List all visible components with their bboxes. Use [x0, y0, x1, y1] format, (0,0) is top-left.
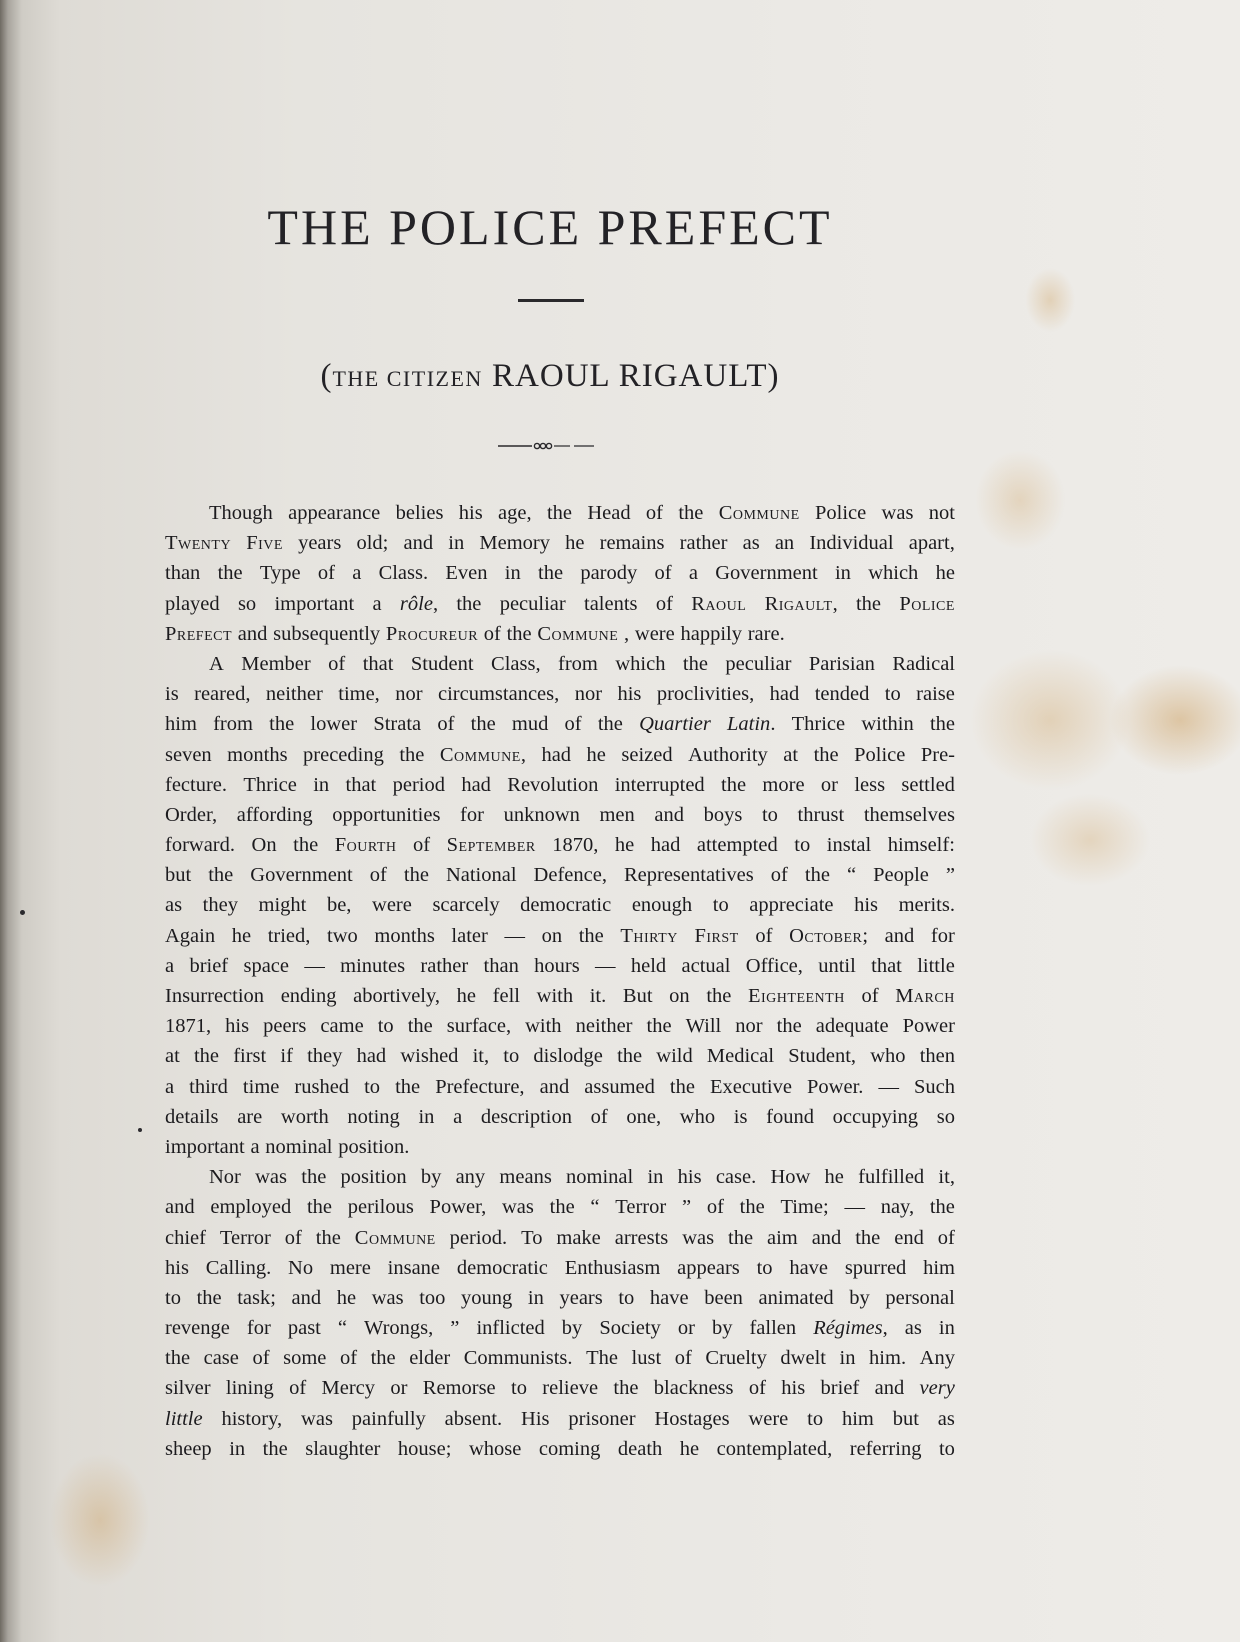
text-line: abriefspace—minutesratherthanhours—helda…: [165, 951, 955, 981]
word: nor: [735, 1011, 762, 1041]
word: Calling.: [206, 1253, 271, 1283]
word: on: [669, 981, 690, 1011]
word: to: [807, 1404, 823, 1434]
word: a: [165, 1072, 174, 1102]
word: in: [835, 558, 851, 588]
word: surface,: [447, 1011, 511, 1041]
word: Commune: [719, 498, 800, 528]
word: Individual: [809, 528, 893, 558]
word: opportunities: [332, 800, 440, 830]
word: First: [694, 921, 738, 951]
word: “: [590, 1192, 599, 1222]
word: —: [304, 951, 325, 981]
word: Eighteenth: [748, 981, 845, 1011]
word: proclivities,: [657, 679, 754, 709]
word: To: [521, 1223, 542, 1253]
chapter-title: THE POLICE PREFECT: [0, 198, 1100, 256]
word: ending: [281, 981, 337, 1011]
word: Though: [209, 498, 273, 528]
word: is: [734, 1102, 748, 1132]
word: Power.: [807, 1072, 863, 1102]
word: Enthusiasm: [565, 1253, 661, 1283]
word: Prefect: [165, 619, 232, 649]
word: “: [847, 860, 856, 890]
word: very: [920, 1373, 955, 1403]
word: he: [337, 1283, 356, 1313]
word: in: [505, 558, 521, 588]
word: to: [885, 679, 901, 709]
word: of: [938, 1223, 955, 1253]
word: might: [259, 890, 307, 920]
word: and: [812, 1223, 842, 1253]
word: be,: [327, 890, 351, 920]
word: September: [447, 830, 536, 860]
text-line: playedsoimportantarôle,thepeculiartalent…: [165, 589, 955, 619]
word: rôle,: [400, 589, 438, 619]
word: subsequently: [273, 619, 380, 649]
word: rare.: [748, 619, 785, 649]
word: time,: [338, 679, 380, 709]
word: so: [238, 589, 256, 619]
word: had: [770, 679, 800, 709]
word: one,: [626, 1102, 661, 1132]
word: in: [448, 528, 464, 558]
text-line: sheepintheslaughterhouse;whosecomingdeat…: [165, 1434, 955, 1464]
text-line: AMemberofthatStudentClass,fromwhichthepe…: [165, 649, 955, 679]
word: Insurrection: [165, 981, 264, 1011]
word: talents: [584, 589, 638, 619]
word: at: [783, 740, 798, 770]
word: then: [920, 1041, 955, 1071]
word: of: [318, 558, 335, 588]
margin-mark: [138, 1128, 142, 1132]
word: the: [408, 1011, 433, 1041]
word: third: [189, 1072, 228, 1102]
word: nay,: [881, 1192, 914, 1222]
word: Rigault,: [765, 589, 838, 619]
word: arrests: [615, 1223, 669, 1253]
word: he: [615, 830, 634, 860]
text-line: isreared,neithertime,norcircumstances,no…: [165, 679, 955, 709]
text-line: atthefirstiftheyhadwishedit,todislodgeth…: [165, 1041, 955, 1071]
word: a: [165, 951, 174, 981]
word: been: [704, 1283, 743, 1313]
word: lining: [226, 1373, 274, 1403]
word: the: [647, 1011, 672, 1041]
text-line: thantheTypeofaClass.EvenintheparodyofaGo…: [165, 558, 955, 588]
word: age,: [498, 498, 532, 528]
word: that: [363, 649, 394, 679]
word: was: [682, 1223, 714, 1253]
word: Government: [250, 860, 352, 890]
word: a: [352, 558, 361, 588]
word: that: [346, 770, 377, 800]
word: happily: [680, 619, 742, 649]
word: make: [556, 1223, 600, 1253]
word: with: [525, 1011, 561, 1041]
word: task;: [237, 1283, 276, 1313]
word: mere: [330, 1253, 371, 1283]
word: were: [635, 619, 675, 649]
word: the: [547, 498, 572, 528]
text-line: Norwasthepositionbyanymeansnominalinhisc…: [165, 1162, 955, 1192]
word: held: [631, 951, 666, 981]
word: Medical: [707, 1041, 774, 1071]
word: first: [233, 1041, 266, 1071]
word: contemplated,: [717, 1434, 833, 1464]
word: Student: [411, 649, 474, 679]
word: any: [456, 1162, 486, 1192]
word: peculiar: [500, 589, 566, 619]
word: the: [598, 709, 623, 739]
word: neither: [266, 679, 323, 709]
word: were: [372, 890, 412, 920]
word: had: [357, 1041, 387, 1071]
word: appearance: [288, 498, 380, 528]
word: of: [749, 1373, 766, 1403]
word: men: [599, 800, 634, 830]
word: the: [721, 770, 746, 800]
text-line: importantanominalposition.: [165, 1132, 955, 1162]
word: by: [712, 1313, 733, 1343]
word: who: [680, 1102, 715, 1132]
word: he: [587, 740, 606, 770]
word: Twenty: [165, 528, 231, 558]
word: painfully: [352, 1404, 426, 1434]
word: as: [743, 528, 760, 558]
word: his: [617, 679, 641, 709]
word: Mercy: [322, 1373, 376, 1403]
word: peers: [263, 1011, 306, 1041]
word: important: [274, 589, 354, 619]
word: to: [618, 1283, 634, 1313]
word: October;: [789, 921, 868, 951]
word: coming: [539, 1434, 601, 1464]
word: a: [250, 1132, 259, 1162]
word: the: [269, 709, 294, 739]
word: Remorse: [423, 1373, 496, 1403]
word: he: [825, 1162, 844, 1192]
word: forward.: [165, 830, 235, 860]
text-line: forward.OntheFourthofSeptember1870,hehad…: [165, 830, 955, 860]
word: but: [165, 860, 191, 890]
word: two: [327, 921, 358, 951]
text-line: himfromthelowerStrataofthemudoftheQuarti…: [165, 709, 955, 739]
word: in: [313, 770, 329, 800]
word: was: [502, 1192, 534, 1222]
word: sheep: [165, 1434, 212, 1464]
word: it,: [473, 1041, 490, 1071]
word: was: [372, 1283, 404, 1313]
word: wild: [656, 1041, 692, 1071]
word: period.: [450, 1223, 508, 1253]
word: on: [542, 921, 563, 951]
word: important: [165, 1132, 245, 1162]
word: nominal: [566, 1162, 633, 1192]
word: fell: [493, 981, 520, 1011]
word: the: [507, 619, 532, 649]
word: the: [670, 1072, 695, 1102]
text-line: 1871,hispeerscametothesurface,withneithe…: [165, 1011, 955, 1041]
text-line: detailsareworthnotinginadescriptionofone…: [165, 1102, 955, 1132]
word: brief: [189, 951, 228, 981]
word: to: [757, 1253, 773, 1283]
word: employed: [210, 1192, 291, 1222]
word: tended: [815, 679, 870, 709]
word: his: [165, 1253, 189, 1283]
text-line: Insurrectionendingabortively,hefellwithi…: [165, 981, 955, 1011]
word: silver: [165, 1373, 211, 1403]
word: history,: [221, 1404, 282, 1434]
word: Type: [260, 558, 301, 588]
word: No: [288, 1253, 313, 1283]
word: the: [617, 1041, 642, 1071]
word: in: [939, 1313, 955, 1343]
word: personal: [885, 1283, 954, 1313]
word: dislodge: [533, 1041, 602, 1071]
word: Commune: [355, 1223, 436, 1253]
word: prisoner: [568, 1404, 635, 1434]
word: Five: [246, 528, 283, 558]
word: he: [680, 1434, 699, 1464]
word: in: [840, 1343, 856, 1373]
word: more: [762, 770, 804, 800]
word: democratic: [457, 1253, 548, 1283]
word: was: [301, 1404, 333, 1434]
word: Order,: [165, 800, 217, 830]
word: Fourth: [335, 830, 397, 860]
word: and: [885, 921, 915, 951]
text-line: TwentyFiveyearsold;andinMemoryheremainsr…: [165, 528, 955, 558]
word: the: [728, 1223, 753, 1253]
body-text: Thoughappearancebelieshisage,theHeadofth…: [165, 498, 955, 1464]
word: to: [762, 800, 778, 830]
word: belies: [396, 498, 444, 528]
word: Representatives: [624, 860, 754, 890]
word: relieve: [542, 1373, 598, 1403]
word: of: [707, 1192, 724, 1222]
word: interrupted: [615, 770, 705, 800]
word: the: [613, 1373, 638, 1403]
word: the: [683, 649, 708, 679]
word: he: [457, 981, 476, 1011]
word: the: [316, 1223, 341, 1253]
text-line: revengeforpast“Wrongs,”inflictedbySociet…: [165, 1313, 955, 1343]
word: the: [930, 709, 955, 739]
text-line: hisCalling.NomereinsanedemocraticEnthusi…: [165, 1253, 955, 1283]
word: end: [894, 1223, 924, 1253]
word: position: [341, 1162, 407, 1192]
word: Time;: [780, 1192, 828, 1222]
word: Defence,: [534, 860, 607, 890]
word: Thrice: [792, 709, 846, 739]
word: case.: [716, 1162, 756, 1192]
word: lower: [310, 709, 357, 739]
word: by: [421, 1162, 442, 1192]
word: noting: [347, 1102, 399, 1132]
word: Thrice: [243, 770, 297, 800]
word: Member: [241, 649, 310, 679]
word: and: [540, 1072, 570, 1102]
word: they: [203, 890, 238, 920]
word: it,: [938, 1162, 955, 1192]
word: whose: [469, 1434, 521, 1464]
word: Office,: [746, 951, 803, 981]
word: of: [861, 981, 878, 1011]
word: and: [875, 1373, 905, 1403]
word: animated: [759, 1283, 834, 1313]
word: a: [689, 558, 698, 588]
word: Even: [445, 558, 487, 588]
word: the: [579, 921, 604, 951]
word: of: [675, 1343, 692, 1373]
word: had: [541, 740, 571, 770]
word: rather: [420, 951, 468, 981]
word: revenge: [165, 1313, 230, 1343]
word: circumstances,: [438, 679, 559, 709]
word: his: [781, 1373, 805, 1403]
text-line: silverliningofMercyorRemorsetorelievethe…: [165, 1373, 955, 1403]
text-line: thecaseofsomeoftheelderCommunists.Thelus…: [165, 1343, 955, 1373]
word: elder: [409, 1343, 450, 1373]
word: and: [404, 528, 434, 558]
word: Raoul: [691, 589, 746, 619]
word: How: [770, 1162, 810, 1192]
word: his: [225, 1011, 249, 1041]
word: minutes: [340, 951, 405, 981]
word: lust: [632, 1343, 662, 1373]
book-page: THE POLICE PREFECT (THE CITIZEN RAOUL RI…: [0, 0, 1240, 1642]
word: the: [814, 740, 839, 770]
word: from: [213, 709, 253, 739]
word: nor: [395, 679, 422, 709]
word: position.: [338, 1132, 409, 1162]
word: to: [364, 1072, 380, 1102]
word: Executive: [710, 1072, 792, 1102]
word: of: [591, 1102, 608, 1132]
word: which: [868, 558, 918, 588]
word: to: [713, 890, 729, 920]
word: Police: [854, 740, 905, 770]
word: at: [165, 1041, 180, 1071]
text-line: Thoughappearancebelieshisage,theHeadofth…: [165, 498, 955, 528]
word: Government: [715, 558, 817, 588]
word: Terror: [220, 1223, 271, 1253]
word: to: [939, 1434, 955, 1464]
word: the: [208, 860, 233, 890]
word: of: [437, 709, 454, 739]
word: merits.: [899, 890, 955, 920]
word: adequate: [816, 1011, 889, 1041]
word: seized: [621, 740, 672, 770]
text-line: astheymightbe,werescarcelydemocraticenou…: [165, 890, 955, 920]
word: appears: [677, 1253, 740, 1283]
word: the: [550, 1192, 575, 1222]
word: Parisian: [809, 649, 875, 679]
word: Régimes,: [813, 1313, 888, 1343]
word: the: [740, 1192, 765, 1222]
word: parody: [580, 558, 637, 588]
word: he: [936, 558, 955, 588]
word: are: [237, 1102, 262, 1132]
word: and: [654, 800, 684, 830]
word: brief: [821, 1373, 860, 1403]
word: of: [646, 498, 663, 528]
word: the: [856, 589, 881, 619]
word: actual: [682, 951, 731, 981]
word: of: [252, 1343, 269, 1373]
word: so: [937, 1102, 955, 1132]
word: played: [165, 589, 220, 619]
word: scarcely: [432, 890, 499, 920]
word: assumed: [584, 1072, 655, 1102]
word: the: [404, 860, 429, 890]
word: found: [766, 1102, 814, 1132]
word: young: [461, 1283, 512, 1313]
word: Memory: [479, 528, 550, 558]
word: some: [283, 1343, 326, 1373]
word: who: [870, 1041, 905, 1071]
word: Thirty: [620, 921, 677, 951]
word: as: [905, 1313, 922, 1343]
word: the: [777, 1011, 802, 1041]
word: the: [930, 1192, 955, 1222]
word: —: [844, 1192, 865, 1222]
word: not: [929, 498, 955, 528]
word: hours: [534, 951, 580, 981]
word: occupying: [833, 1102, 918, 1132]
word: him: [923, 1253, 955, 1283]
word: until: [818, 951, 856, 981]
word: the: [307, 1192, 332, 1222]
word: to: [378, 1011, 394, 1041]
word: perilous: [348, 1192, 414, 1222]
word: slaughter: [305, 1434, 380, 1464]
word: fulfilled: [858, 1162, 924, 1192]
word: to: [511, 1373, 527, 1403]
word: Wrongs,: [364, 1313, 433, 1343]
word: of: [565, 709, 582, 739]
subtitle-open-paren: (: [320, 358, 332, 394]
word: with: [537, 981, 573, 1011]
word: Will: [686, 1011, 722, 1041]
word: abortively,: [353, 981, 440, 1011]
word: —: [878, 1072, 899, 1102]
word: or: [821, 770, 838, 800]
word: house;: [398, 1434, 452, 1464]
word: Strata: [373, 709, 421, 739]
word: by: [849, 1283, 870, 1313]
word: Procureur: [386, 619, 478, 649]
word: within: [861, 709, 913, 739]
word: People: [873, 860, 929, 890]
word: an: [775, 528, 794, 558]
word: too: [419, 1283, 445, 1313]
word: raise: [916, 679, 955, 709]
word: and: [238, 619, 268, 649]
word: to: [794, 830, 810, 860]
word: nominal: [265, 1132, 332, 1162]
word: Authority: [688, 740, 768, 770]
word: his: [678, 1162, 702, 1192]
word: ”: [682, 1192, 691, 1222]
word: the: [395, 1072, 420, 1102]
word: means: [499, 1162, 551, 1192]
word: it.: [590, 981, 607, 1011]
word: than: [484, 951, 519, 981]
word: of: [285, 1223, 302, 1253]
word: and: [292, 1283, 322, 1313]
